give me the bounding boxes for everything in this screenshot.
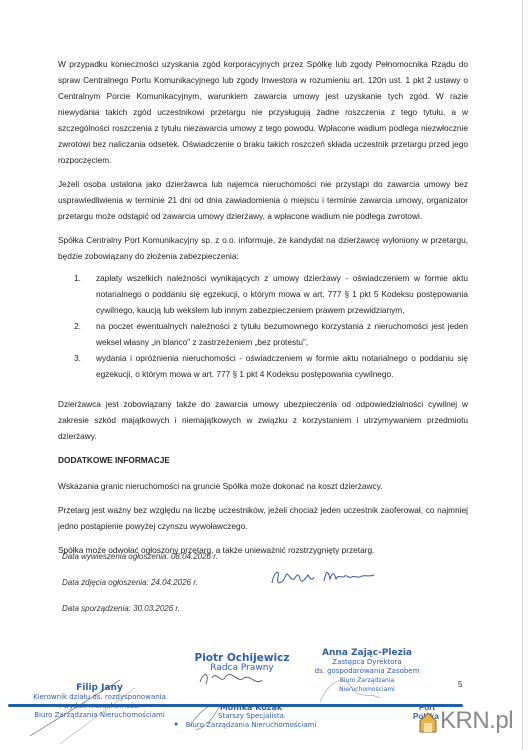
paragraph-lessee-failure: Jeżeli osoba ustalona jako dzierżawca lu… (58, 176, 468, 224)
security-list: 1.zapłaty wszelkich należności wynikając… (58, 270, 468, 382)
document-body: W przypadku konieczności uzyskania zgód … (58, 56, 468, 566)
page-number: 5 (458, 680, 462, 689)
handwritten-signature (268, 565, 378, 591)
dates-block: Data wywieszenia ogłoszenia: 08.04.2026 … (62, 552, 218, 630)
date-posted: Data wywieszenia ogłoszenia: 08.04.2026 … (62, 552, 218, 578)
section-heading: DODATKOWE INFORMACJE (58, 452, 468, 468)
footer-divider (8, 704, 463, 707)
list-item: 2.na poczet ewentualnych należności z ty… (74, 318, 468, 350)
paragraph-security-intro: Spółka Centralny Port Komunikacyjny sp. … (58, 232, 468, 264)
location-pin-icon: ● (174, 721, 178, 728)
date-prepared: Data sporządzenia: 30.03.2026 r. (62, 604, 218, 630)
stamp-filip-jany: Filip Jany Kierownik działu ds. rozdyspo… (22, 683, 177, 720)
house-icon (418, 711, 438, 733)
list-item: 1.zapłaty wszelkich należności wynikając… (74, 270, 468, 318)
krn-watermark: KRN.pl (440, 707, 513, 735)
stamp-monika-kozak: Monika Kozak Starszy Specjalista Biuro Z… (176, 703, 326, 730)
stamp-anna-zajac-plezia: Anna Zając-Plezia Zastępca Dyrektora ds.… (312, 648, 422, 694)
stamp-piotr-ochijewicz: Piotr Ochijewicz Radca Prawny (186, 652, 298, 673)
paragraph-validity: Przetarg jest ważny bez względu na liczb… (58, 502, 468, 534)
date-removed: Data zdjęcia ogłoszenia: 24.04.2026 r. (62, 578, 218, 604)
paragraph-insurance: Dzierżawca jest zobowiązany także do zaw… (58, 396, 468, 444)
paragraph-boundaries: Wskazania granic nieruchomości na grunci… (58, 478, 468, 494)
page-edge (522, 0, 523, 750)
list-item: 3.wydania i opróżnienia nieruchomości - … (74, 350, 468, 382)
paragraph-corporate-consents: W przypadku konieczności uzyskania zgód … (58, 56, 468, 168)
